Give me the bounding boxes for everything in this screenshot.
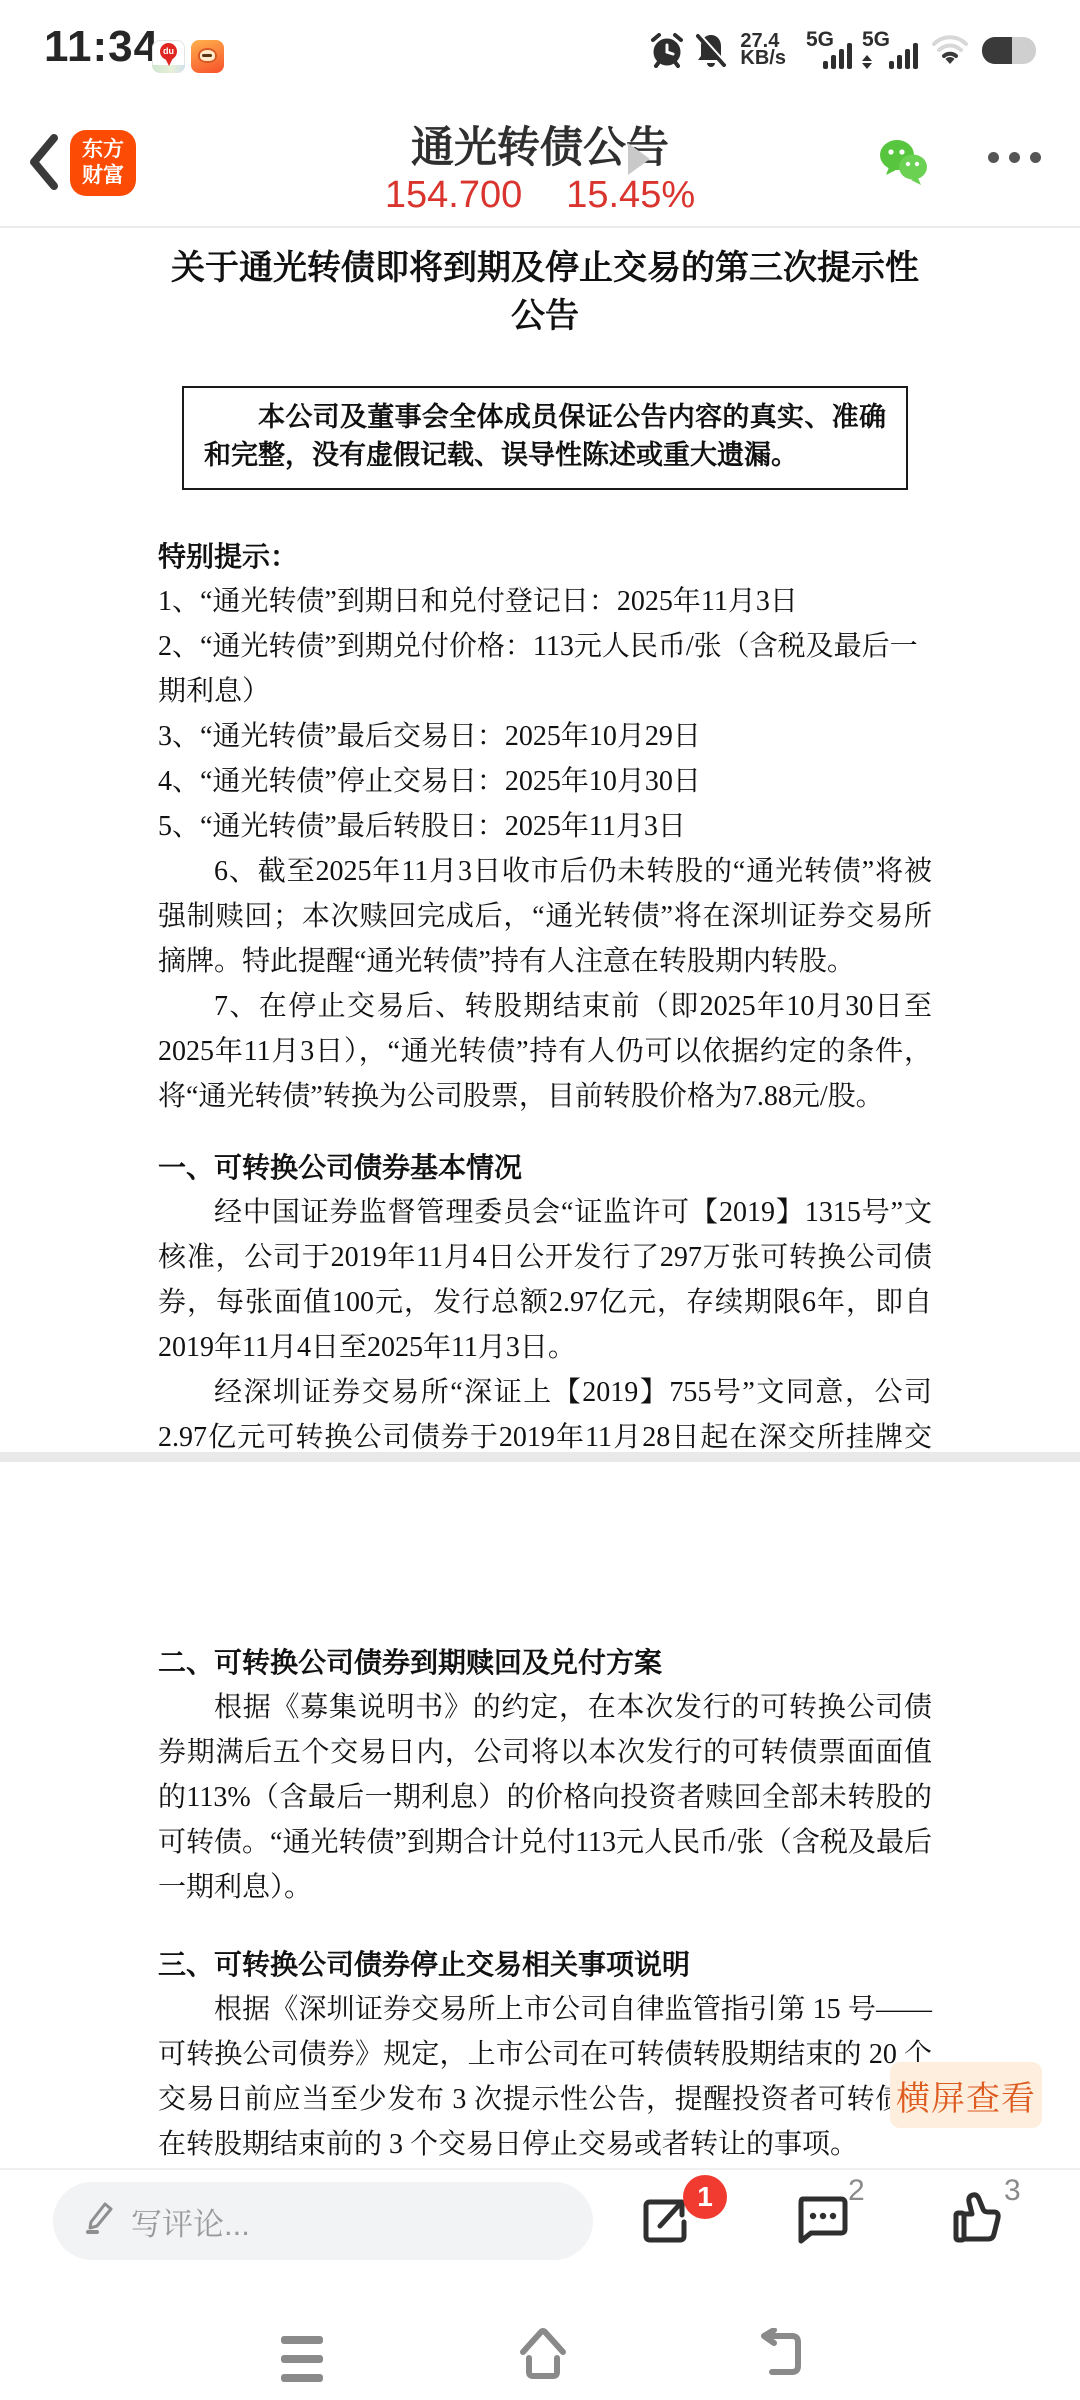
sim1-signal-bars xyxy=(823,43,852,69)
recents-menu-button[interactable] xyxy=(281,2336,323,2382)
section3-paragraph-1: 根据《深圳证券交易所上市公司自律监管指引第 15 号——可转换公司债券》规定，上… xyxy=(158,1987,932,2167)
network-speed-unit: KB/s xyxy=(740,50,786,67)
baidu-map-notification-icon: du xyxy=(152,40,185,73)
android-nav-bar xyxy=(0,2318,1080,2400)
comments-button[interactable] xyxy=(795,2195,849,2252)
disclaimer-box: 本公司及董事会全体成员保证公告内容的真实、准确和完整，没有虚假记载、误导性陈述或… xyxy=(182,386,908,490)
map-strip xyxy=(152,65,185,73)
comment-placeholder: 写评论... xyxy=(131,2199,250,2244)
wifi-icon xyxy=(930,34,970,66)
wechat-share-icon[interactable] xyxy=(875,133,933,191)
like-button[interactable] xyxy=(948,2190,1004,2251)
screen: 11:34 du xyxy=(0,0,1080,2400)
page-break-divider xyxy=(0,1452,1080,1462)
bottom-action-bar: 写评论... 1 2 3 xyxy=(0,2168,1080,2400)
mute-bell-icon xyxy=(694,32,728,68)
clock-time: 11:34 xyxy=(44,22,159,72)
share-badge: 1 xyxy=(683,2175,727,2219)
comments-count: 2 xyxy=(848,2174,865,2208)
special-item-1: 1、“通光转债”到期日和兑付登记日：2025年11月3日 xyxy=(158,579,932,624)
section3-heading: 三、可转换公司债券停止交易相关事项说明 xyxy=(158,1942,932,1987)
more-menu-button[interactable] xyxy=(988,152,1041,163)
battery-icon xyxy=(970,37,1036,64)
alarm-icon xyxy=(650,32,684,68)
special-item-3: 3、“通光转债”最后交易日：2025年10月29日 xyxy=(158,714,932,759)
announcement-title: 关于通光转债即将到期及停止交易的第三次提示性公告 xyxy=(158,244,932,340)
network-speed: 27.4 KB/s xyxy=(740,33,786,67)
battery-level xyxy=(982,37,1012,64)
sim1-signal: 5G xyxy=(806,31,852,69)
section2-heading: 二、可转换公司债券到期赎回及兑付方案 xyxy=(158,1640,932,1685)
orange-app-notification-icon xyxy=(191,40,224,73)
play-audio-icon[interactable] xyxy=(628,143,650,175)
bond-change-percent: 15.45% xyxy=(566,174,695,217)
app-header: 东方 财富 通光转债公告 154.700 15.45% xyxy=(0,100,1080,228)
section2-paragraph: 根据《募集说明书》的约定，在本次发行的可转换公司债券期满后五个交易日内，公司将以… xyxy=(158,1685,932,1910)
special-notice-heading: 特别提示： xyxy=(158,534,932,579)
status-bar: 11:34 du xyxy=(0,0,1080,100)
home-button[interactable] xyxy=(515,2324,571,2387)
comment-input[interactable]: 写评论... xyxy=(53,2182,593,2260)
special-item-4: 4、“通光转债”停止交易日：2025年10月30日 xyxy=(158,759,932,804)
landscape-view-button[interactable]: 横屏查看 xyxy=(890,2062,1042,2128)
special-item-6: 6、截至2025年11月3日收市后仍未转股的“通光转债”将被强制赎回；本次赎回完… xyxy=(158,849,932,984)
mascot-face xyxy=(198,48,217,63)
sim2-signal: 5G xyxy=(862,31,918,69)
status-icons-cluster: 27.4 KB/s 5G 5G xyxy=(650,0,1080,100)
sim2-network-type: 5G xyxy=(862,28,890,52)
special-item-7: 7、在停止交易后、转股期结束前（即2025年10月30日至2025年11月3日）… xyxy=(158,984,932,1119)
map-pin-icon: du xyxy=(160,43,177,60)
special-items-list: 1、“通光转债”到期日和兑付登记日：2025年11月3日 2、“通光转债”到期兑… xyxy=(158,579,932,849)
data-updown-arrows xyxy=(862,55,872,69)
bond-price: 154.700 xyxy=(385,174,522,217)
section1-heading: 一、可转换公司债券基本情况 xyxy=(158,1145,932,1190)
announcement-page-1: 关于通光转债即将到期及停止交易的第三次提示性公告 本公司及董事会全体成员保证公告… xyxy=(0,228,1080,1452)
section1-paragraph-1: 经中国证券监督管理委员会“证监许可【2019】1315号”文核准，公司于2019… xyxy=(158,1190,932,1370)
like-count: 3 xyxy=(1004,2174,1021,2208)
sim2-signal-bars xyxy=(889,43,918,69)
pencil-icon xyxy=(83,2200,115,2242)
special-item-2: 2、“通光转债”到期兑付价格：113元人民币/张（含税及最后一期利息） xyxy=(158,624,932,714)
back-nav-button[interactable] xyxy=(752,2328,804,2385)
special-item-5: 5、“通光转债”最后转股日：2025年11月3日 xyxy=(158,804,932,849)
